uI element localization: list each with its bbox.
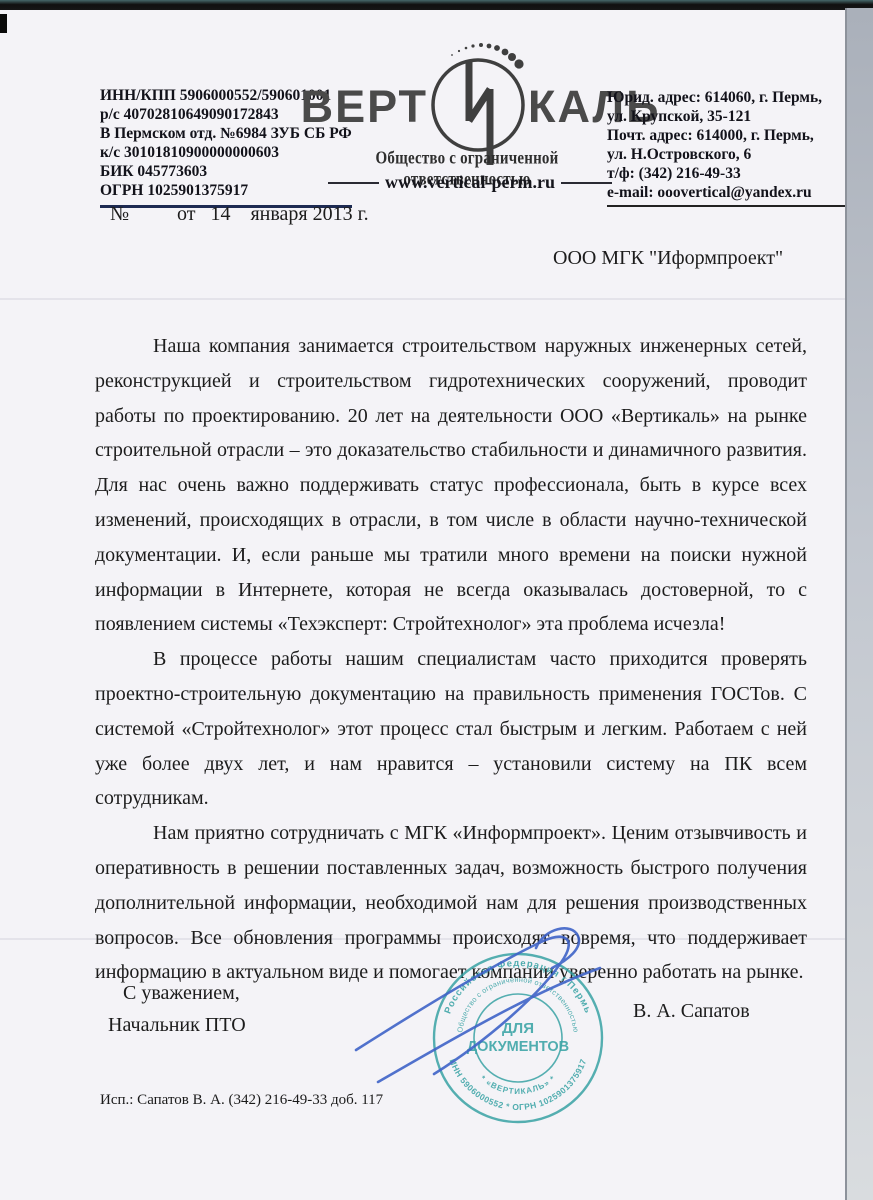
scan-edge-right <box>845 8 873 1200</box>
body-paragraph: Наша компания занимается строительством … <box>95 329 807 642</box>
executor-footer: Исп.: Сапатов В. А. (342) 216-49-33 доб.… <box>100 1092 383 1109</box>
scanned-letter-page: ИНН/КПП 5906000552/590601001 р/с 4070281… <box>0 0 873 1200</box>
logo-dots-arc-icon <box>448 40 538 82</box>
letter-body: Наша компания занимается строительством … <box>95 329 807 990</box>
paper-crease <box>0 298 847 300</box>
body-paragraph: В процессе работы нашим специалистам час… <box>95 642 807 816</box>
handwritten-signature-icon <box>338 922 618 1092</box>
requisite-line: к/с 30101810900000000603 <box>100 143 352 162</box>
rule-left <box>328 182 379 184</box>
website-row: www.vertical-perm.ru <box>328 172 612 193</box>
address-line: т/ф: (342) 216-49-33 <box>607 164 862 183</box>
scan-edge-top <box>0 0 873 10</box>
website-label: www.vertical-perm.ru <box>379 172 561 193</box>
address-line: Юрид. адрес: 614060, г. Пермь, <box>607 88 862 107</box>
address-line: ул. Крупской, 35-121 <box>607 107 862 126</box>
closing-position: Начальник ПТО <box>108 1014 246 1037</box>
requisite-line: ОГРН 1025901375917 <box>100 181 352 200</box>
address-line: ул. Н.Островского, 6 <box>607 145 862 164</box>
address-line: Почт. адрес: 614000, г. Пермь, <box>607 126 862 145</box>
address-block: Юрид. адрес: 614060, г. Пермь, ул. Крупс… <box>607 88 862 207</box>
signer-name: В. А. Сапатов <box>633 1000 750 1023</box>
ref-number-sign: № <box>110 203 129 226</box>
logo-word-left: ВЕРТ <box>300 81 428 133</box>
rule-right <box>561 182 612 184</box>
addressee: ООО МГК "Иформпроект" <box>553 247 783 270</box>
scan-notch-left <box>0 14 7 33</box>
closing-line: С уважением, <box>123 982 240 1005</box>
address-line: e-mail: ooovertical@yandex.ru <box>607 183 862 202</box>
ref-date: от 14 января 2013 г. <box>177 203 369 226</box>
requisite-line: БИК 045773603 <box>100 162 352 181</box>
